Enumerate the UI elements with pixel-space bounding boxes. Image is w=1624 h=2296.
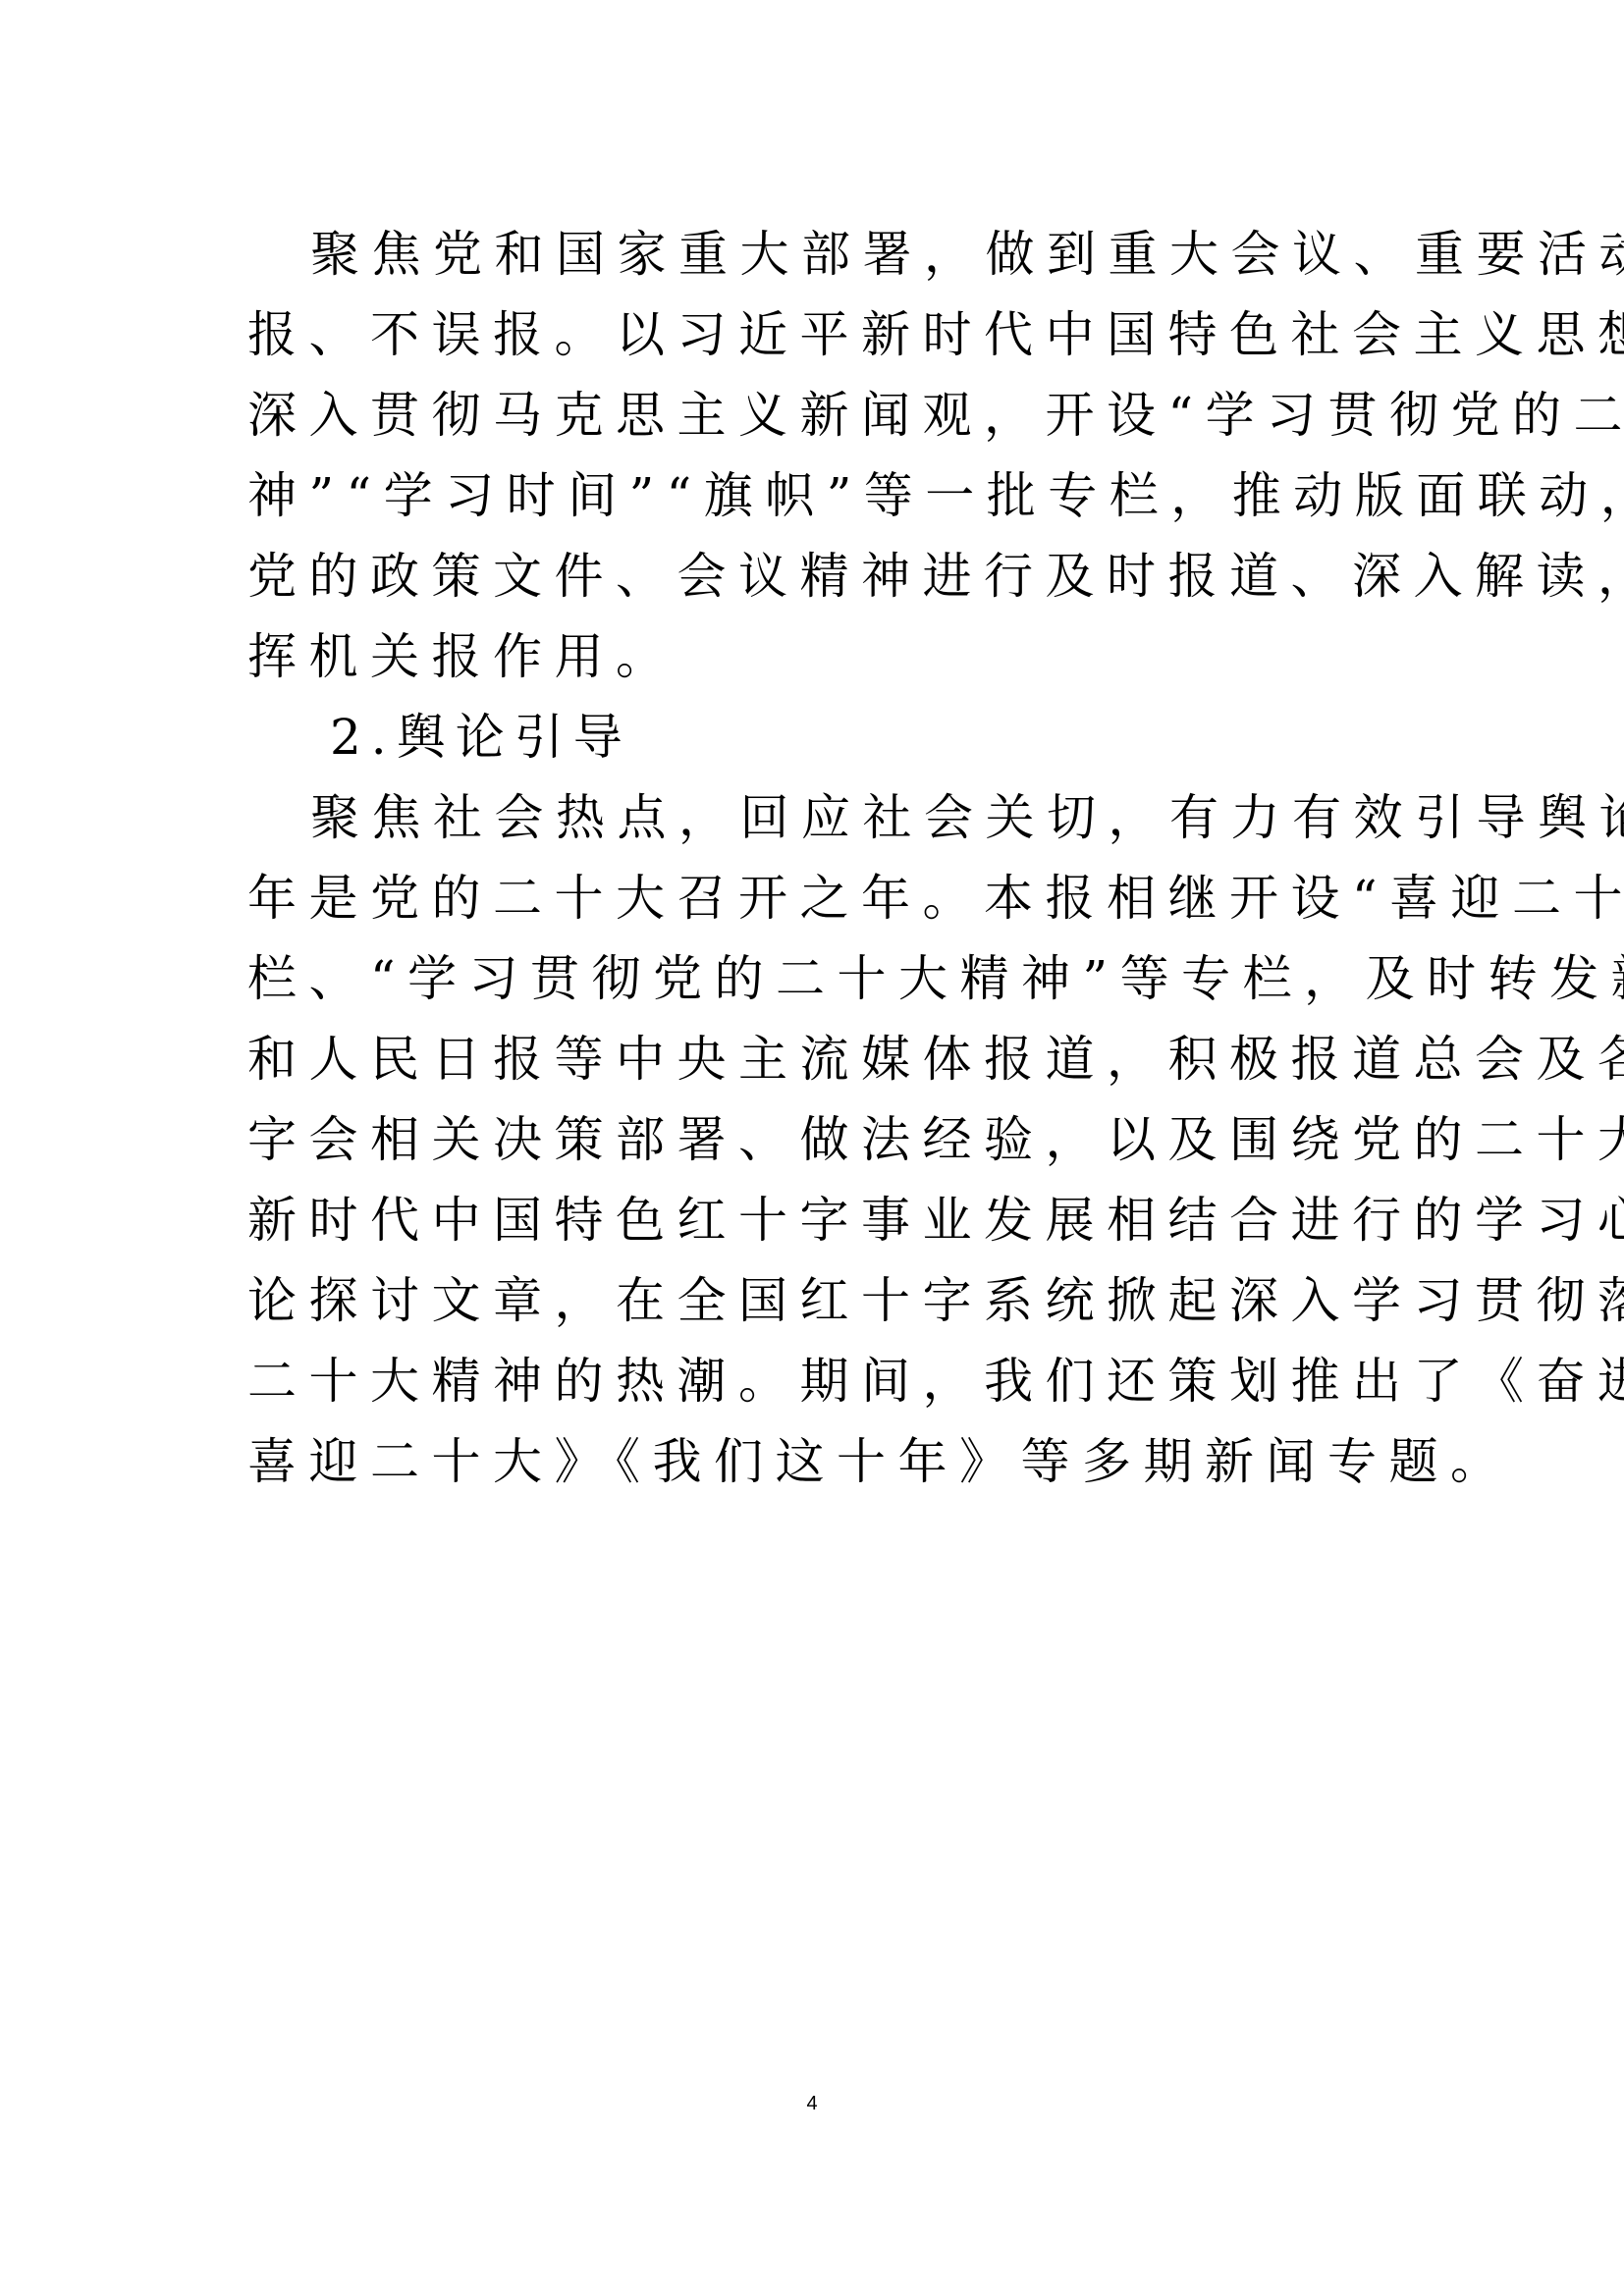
text-line: 神”“学习时间”“旗帜”等一批专栏，推动版面联动，对: [247, 455, 1386, 536]
page-number: 4: [0, 2093, 1624, 2115]
text-line: 栏、“学习贯彻党的二十大精神”等专栏，及时转发新华社: [247, 938, 1386, 1019]
text-line: 新时代中国特色红十字事业发展相结合进行的学习心得、理: [247, 1180, 1386, 1260]
text-line: 深入贯彻马克思主义新闻观，开设“学习贯彻党的二十大精: [247, 375, 1386, 455]
text-line: 喜迎二十大》《我们这十年》等多期新闻专题。: [247, 1421, 1386, 1502]
text-line: 聚焦社会热点，回应社会关切，有力有效引导舆论。2022: [247, 777, 1386, 858]
document-page: 聚焦党和国家重大部署，做到重大会议、重要活动不漏 报、不误报。以习近平新时代中国…: [247, 214, 1386, 1502]
paragraph-public-opinion: 聚焦社会热点，回应社会关切，有力有效引导舆论。2022 年是党的二十大召开之年。…: [247, 777, 1386, 1502]
text-line: 党的政策文件、会议精神进行及时报道、深入解读，充分发: [247, 536, 1386, 616]
text-line: 二十大精神的热潮。期间，我们还策划推出了《奋进新时代: [247, 1341, 1386, 1421]
text-line: 报、不误报。以习近平新时代中国特色社会主义思想为指导，: [247, 294, 1386, 375]
text-line: 字会相关决策部署、做法经验，以及围绕党的二十大精神与: [247, 1099, 1386, 1180]
section-heading: 2.舆论引导: [247, 697, 1386, 777]
text-line: 聚焦党和国家重大部署，做到重大会议、重要活动不漏: [247, 214, 1386, 294]
text-line: 和人民日报等中央主流媒体报道，积极报道总会及各地红十: [247, 1019, 1386, 1099]
text-line: 论探讨文章，在全国红十字系统掀起深入学习贯彻落实党的: [247, 1260, 1386, 1341]
text-line: 年是党的二十大召开之年。本报相继开设“喜迎二十大”专: [247, 858, 1386, 938]
paragraph-major-deployments: 聚焦党和国家重大部署，做到重大会议、重要活动不漏 报、不误报。以习近平新时代中国…: [247, 214, 1386, 697]
text-line: 挥机关报作用。: [247, 616, 1386, 697]
